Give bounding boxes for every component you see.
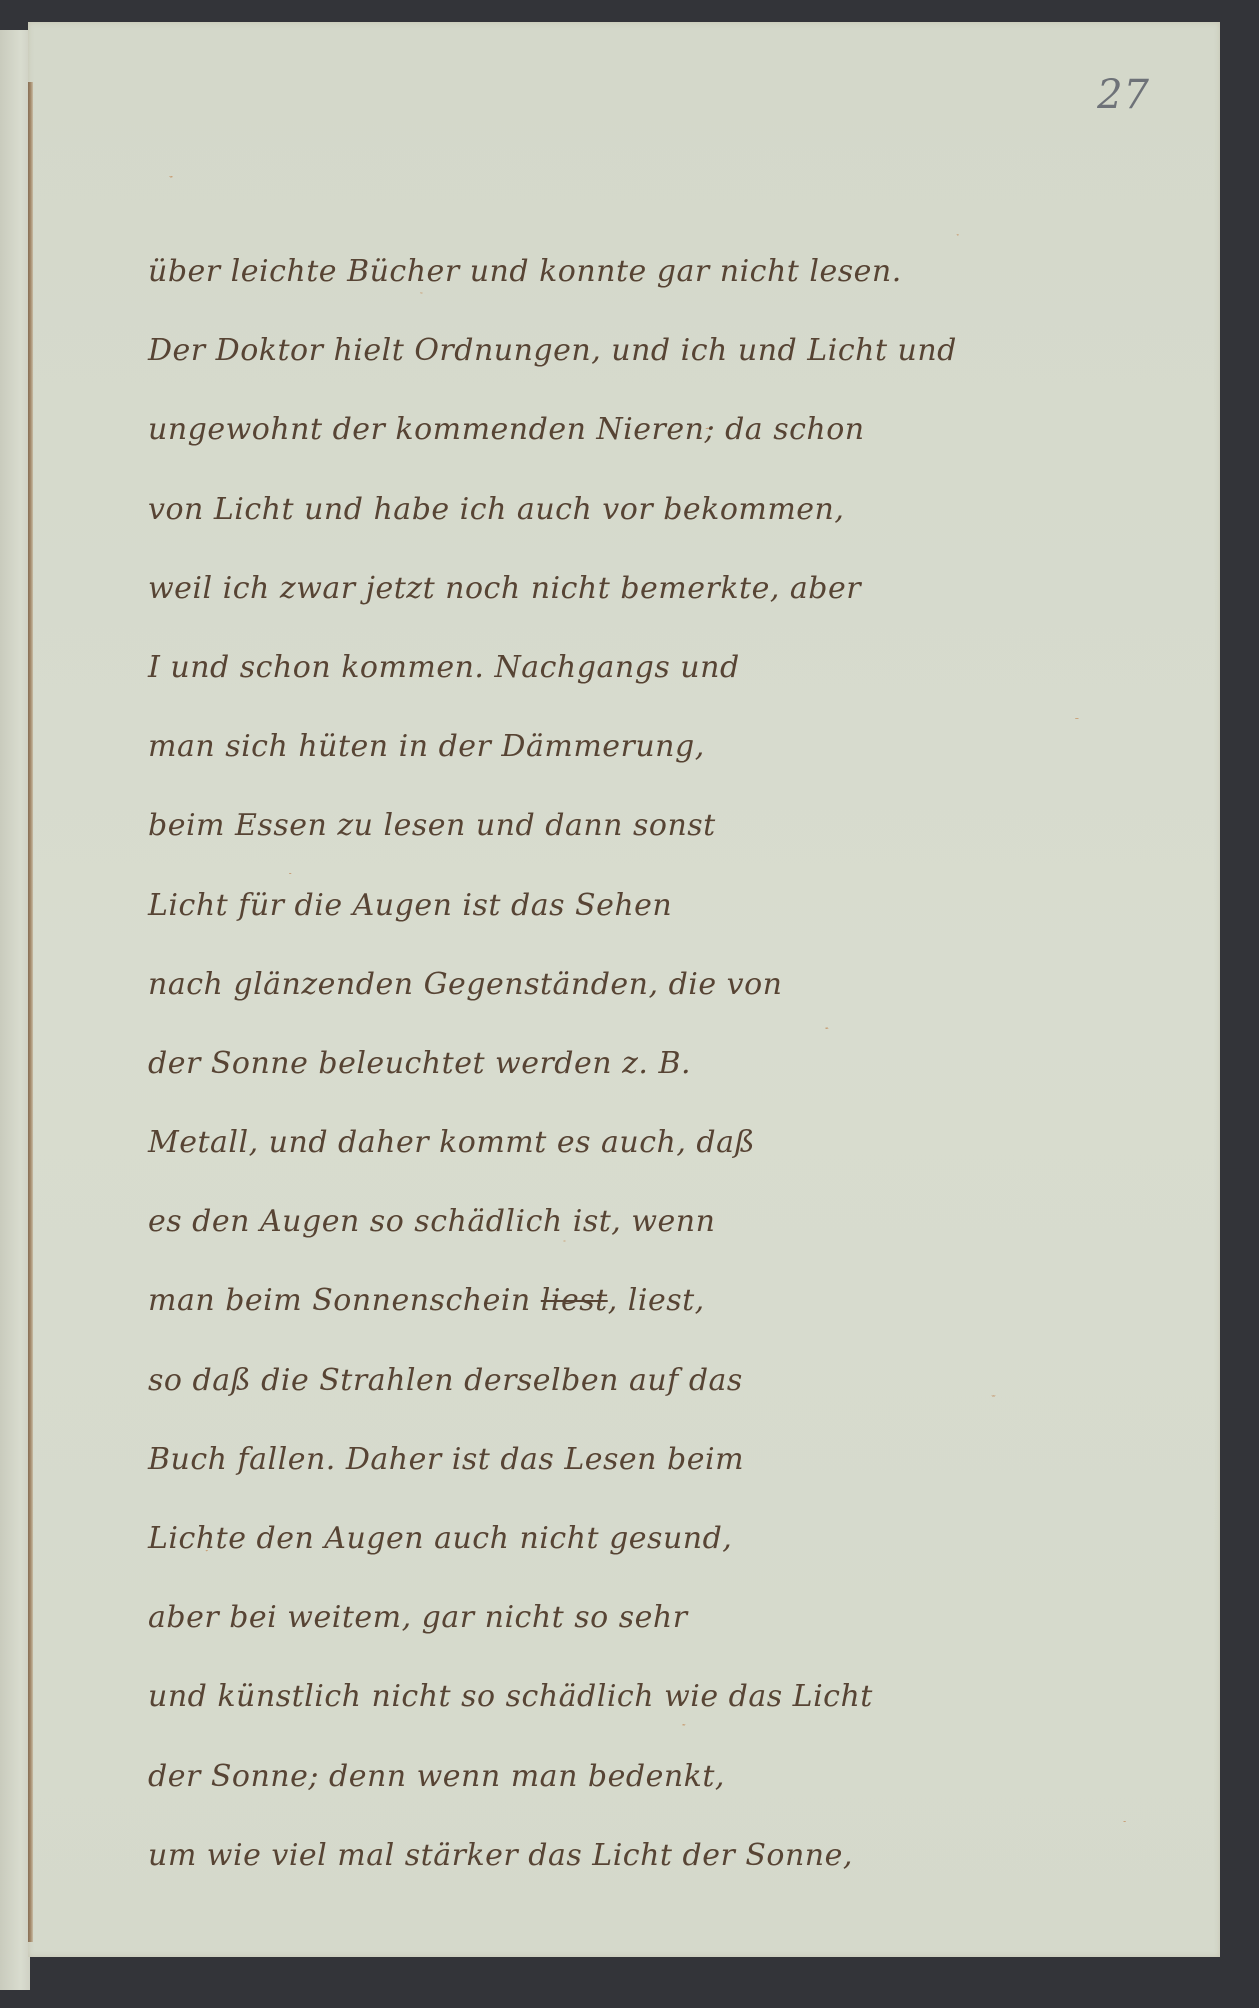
text-segment: man beim Sonnenschein (148, 1283, 541, 1318)
text-line: weil ich zwar jetzt noch nicht bemerkte,… (148, 549, 868, 628)
text-line: aber bei weitem, gar nicht so sehr (148, 1578, 868, 1657)
handwritten-text-block: über leichte Bücher und konnte gar nicht… (148, 232, 868, 1895)
text-line: beim Essen zu lesen und dann sonst (148, 786, 868, 865)
text-line: nach glänzenden Gegenständen, die von (148, 945, 868, 1024)
text-line: es den Augen so schädlich ist, wenn (148, 1182, 868, 1261)
text-line: Der Doktor hielt Ordnungen, und ich und … (148, 311, 868, 390)
page-number: 27 (1097, 72, 1150, 118)
text-line-with-correction: man beim Sonnenschein liest, liest, (148, 1261, 868, 1340)
text-line: I und schon kommen. Nachgangs und (148, 628, 868, 707)
text-line: Metall, und daher kommt es auch, daß (148, 1103, 868, 1182)
text-line: Licht für die Augen ist das Sehen (148, 866, 868, 945)
scanned-manuscript: 27 über leichte Bücher und konnte gar ni… (0, 0, 1259, 2008)
text-line: man sich hüten in der Dämmerung, (148, 707, 868, 786)
previous-page-edge (0, 30, 30, 1990)
text-line: so daß die Strahlen derselben auf das (148, 1341, 868, 1420)
text-line: und künstlich nicht so schädlich wie das… (148, 1657, 868, 1736)
text-line: der Sonne; denn wenn man bedenkt, (148, 1737, 868, 1816)
text-line: Buch fallen. Daher ist das Lesen beim (148, 1420, 868, 1499)
text-segment: , liest, (608, 1283, 705, 1318)
struck-through-word: liest (541, 1283, 608, 1318)
text-line: Lichte den Augen auch nicht gesund, (148, 1499, 868, 1578)
text-line: ungewohnt der kommenden Nieren; da schon (148, 390, 868, 469)
text-line: um wie viel mal stärker das Licht der So… (148, 1816, 868, 1895)
text-line: über leichte Bücher und konnte gar nicht… (148, 232, 868, 311)
text-line: der Sonne beleuchtet werden z. B. (148, 1024, 868, 1103)
text-line: von Licht und habe ich auch vor bekommen… (148, 470, 868, 549)
binding-gutter (28, 82, 33, 1942)
manuscript-page: 27 über leichte Bücher und konnte gar ni… (28, 22, 1220, 1957)
